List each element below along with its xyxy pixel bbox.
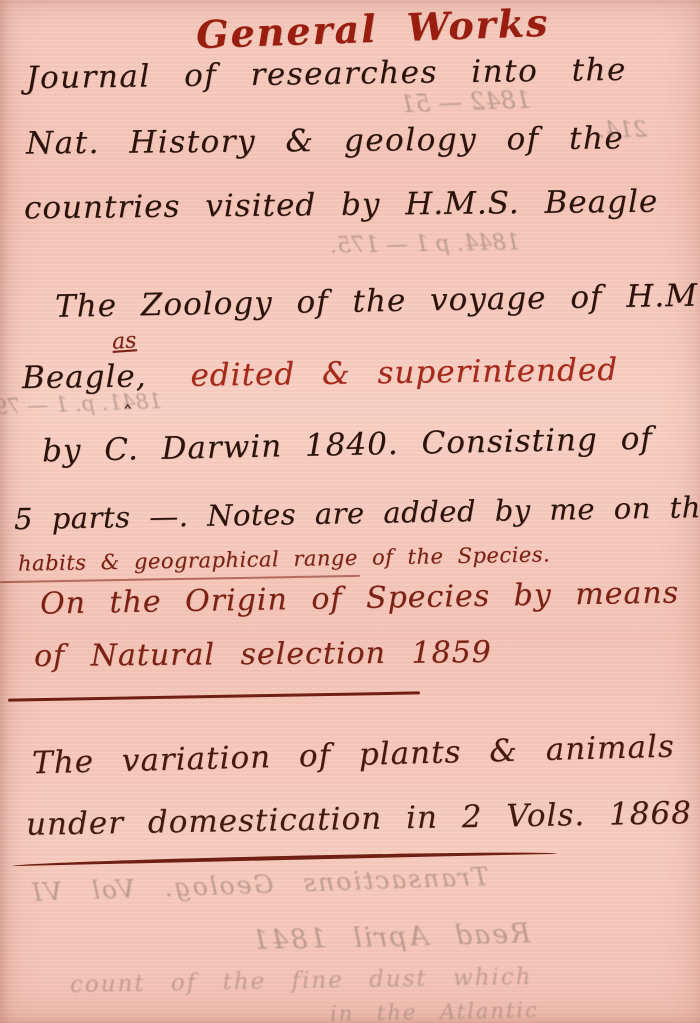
- manuscript-line: On the Origin of Species by means: [40, 576, 680, 620]
- manuscript-line-with-insertion: Beagle, edited & superintended: [22, 353, 618, 395]
- manuscript-line: The Zoology of the voyage of H.M.S: [55, 278, 700, 324]
- bleedthrough-fragment: 1844. p 1 — 175.: [330, 230, 520, 258]
- bleedthrough-fragment: 1841. p. 1 — 79: [0, 389, 162, 419]
- manuscript-line: by C. Darwin 1840. Consisting of: [42, 422, 653, 469]
- page-title: General Works: [195, 2, 550, 56]
- bleedthrough-fragment: 1842 — 51: [400, 86, 532, 119]
- manuscript-line: of Natural selection 1859: [34, 636, 492, 673]
- manuscript-line: 5 parts —. Notes are added by me on the: [14, 492, 700, 536]
- bleedthrough-fragment: Read April 1841: [250, 918, 531, 956]
- pencil-fragment: in the Atlantic: [330, 998, 539, 1023]
- manuscript-page: General Works Journal of researches into…: [0, 0, 700, 1023]
- bleedthrough-fragment: 214.: [598, 118, 647, 144]
- manuscript-line: The variation of plants & animals: [32, 730, 676, 781]
- ink-underline: [8, 691, 420, 701]
- red-ink-phrase: edited & superintended: [190, 352, 618, 394]
- manuscript-line: under domestication in 2 Vols. 1868: [26, 796, 692, 842]
- pencil-fragment: count of the fine dust which: [70, 964, 533, 998]
- manuscript-line: countries visited by H.M.S. Beagle: [24, 185, 659, 226]
- inserted-word-as: as: [111, 329, 137, 355]
- manuscript-line-small: habits & geographical range of the Speci…: [18, 543, 551, 575]
- bleedthrough-fragment: Transactions Geolog. Vol VI: [30, 862, 490, 907]
- manuscript-line: Journal of researches into the: [26, 53, 627, 95]
- manuscript-line: Nat. History & geology of the: [26, 121, 625, 160]
